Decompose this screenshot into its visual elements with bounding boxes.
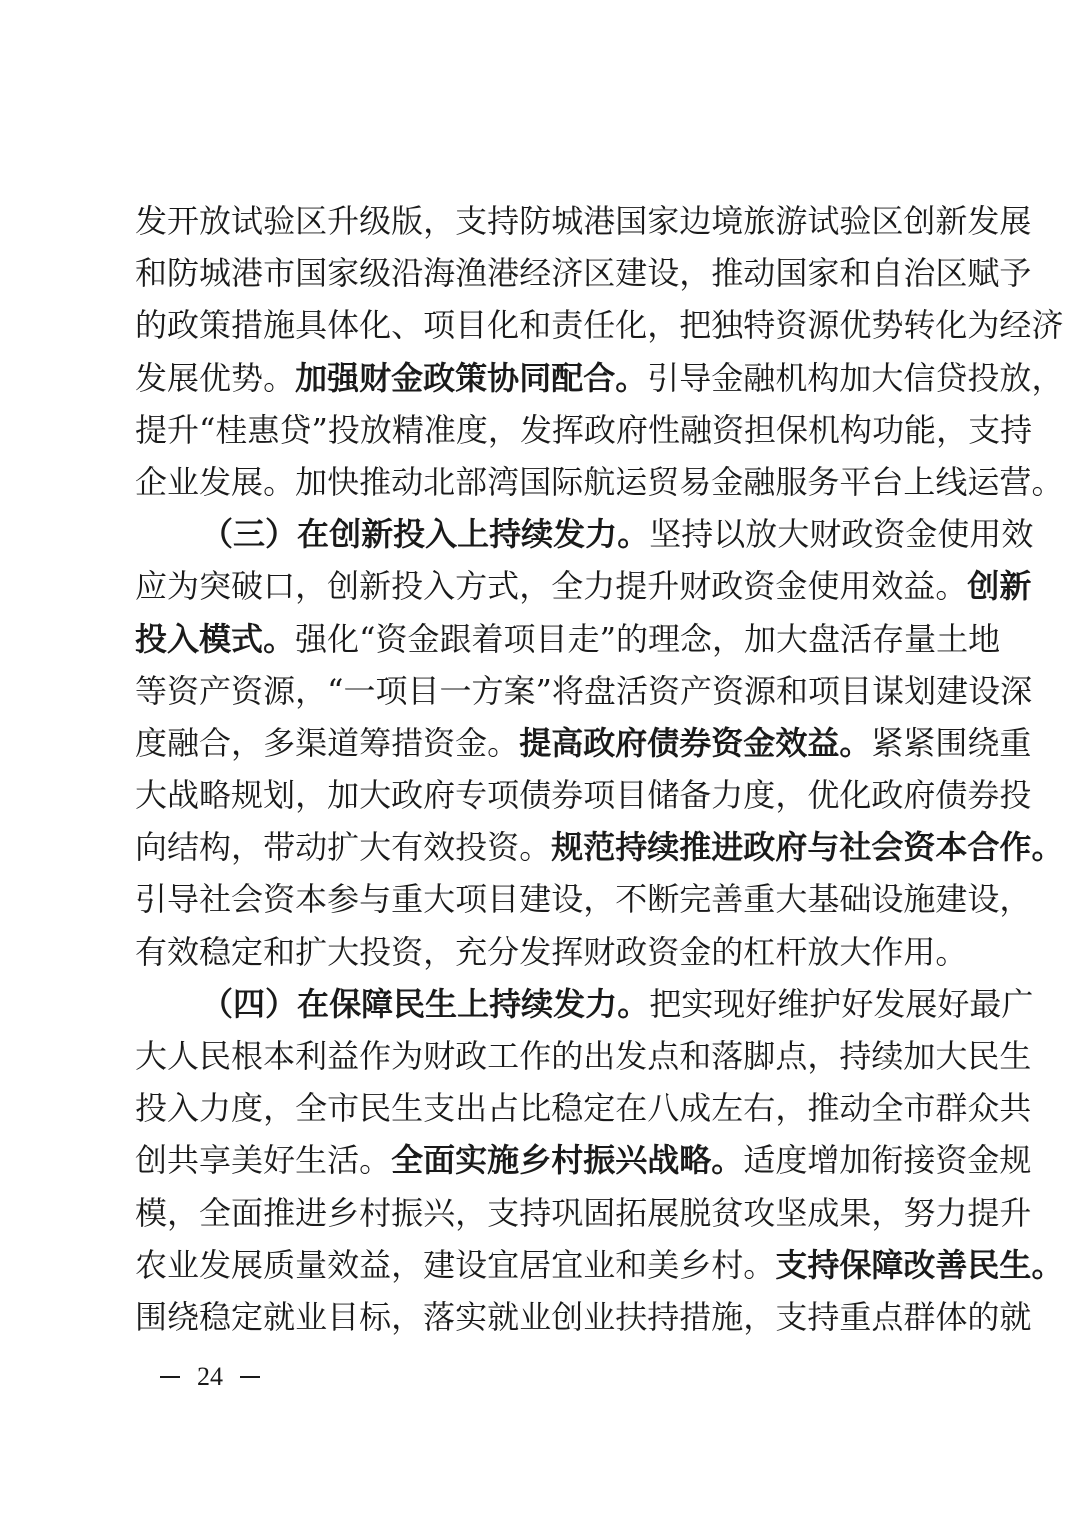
body-text: 发开放试验区升级版，支持防城港国家边境旅游试验区创新发展和防城港市国家级沿海渔港… xyxy=(135,195,951,1343)
text-line: 模，全面推进乡村振兴，支持巩固拓展脱贫攻坚成果，努力提升 xyxy=(135,1187,951,1239)
text-line: （四）在保障民生上持续发力。把实现好维护好发展好最广 xyxy=(135,978,951,1030)
document-page: 发开放试验区升级版，支持防城港国家边境旅游试验区创新发展和防城港市国家级沿海渔港… xyxy=(0,0,1074,1520)
page-number-value: 24 xyxy=(197,1362,223,1392)
text-line: （三）在创新投入上持续发力。坚持以放大财政资金使用效 xyxy=(135,508,951,560)
text-line: 大战略规划，加大政府专项债券项目储备力度，优化政府债券投 xyxy=(135,769,951,821)
text-line: 有效稳定和扩大投资，充分发挥财政资金的杠杆放大作用。 xyxy=(135,926,951,978)
text-line: 企业发展。加快推动北部湾国际航运贸易金融服务平台上线运营。 xyxy=(135,456,951,508)
text-line: 度融合，多渠道筹措资金。提高政府债券资金效益。紧紧围绕重 xyxy=(135,717,951,769)
text-line: 农业发展质量效益，建设宜居宜业和美乡村。支持保障改善民生。 xyxy=(135,1239,951,1291)
text-line: 引导社会资本参与重大项目建设，不断完善重大基础设施建设， xyxy=(135,873,951,925)
text-line: 创共享美好生活。全面实施乡村振兴战略。适度增加衔接资金规 xyxy=(135,1134,951,1186)
text-line: 提升“桂惠贷”投放精准度，发挥政府性融资担保机构功能，支持 xyxy=(135,404,951,456)
text-line: 的政策措施具体化、项目化和责任化，把独特资源优势转化为经济 xyxy=(135,299,951,351)
text-line: 投入力度，全市民生支出占比稳定在八成左右，推动全市群众共 xyxy=(135,1082,951,1134)
text-line: 等资产资源，“一项目一方案”将盘活资产资源和项目谋划建设深 xyxy=(135,665,951,717)
text-line: 发展优势。加强财金政策协同配合。引导金融机构加大信贷投放， xyxy=(135,352,951,404)
page-number: 24 xyxy=(160,1360,260,1394)
text-line: 投入模式。强化“资金跟着项目走”的理念，加大盘活存量土地 xyxy=(135,613,951,665)
text-line: 发开放试验区升级版，支持防城港国家边境旅游试验区创新发展 xyxy=(135,195,951,247)
text-line: 和防城港市国家级沿海渔港经济区建设，推动国家和自治区赋予 xyxy=(135,247,951,299)
page-number-dash-left xyxy=(160,1376,180,1378)
text-line: 围绕稳定就业目标，落实就业创业扶持措施，支持重点群体的就 xyxy=(135,1291,951,1343)
page-number-dash-right xyxy=(240,1376,260,1378)
text-line: 向结构，带动扩大有效投资。规范持续推进政府与社会资本合作。 xyxy=(135,821,951,873)
text-line: 应为突破口，创新投入方式，全力提升财政资金使用效益。创新 xyxy=(135,560,951,612)
text-line: 大人民根本利益作为财政工作的出发点和落脚点，持续加大民生 xyxy=(135,1030,951,1082)
